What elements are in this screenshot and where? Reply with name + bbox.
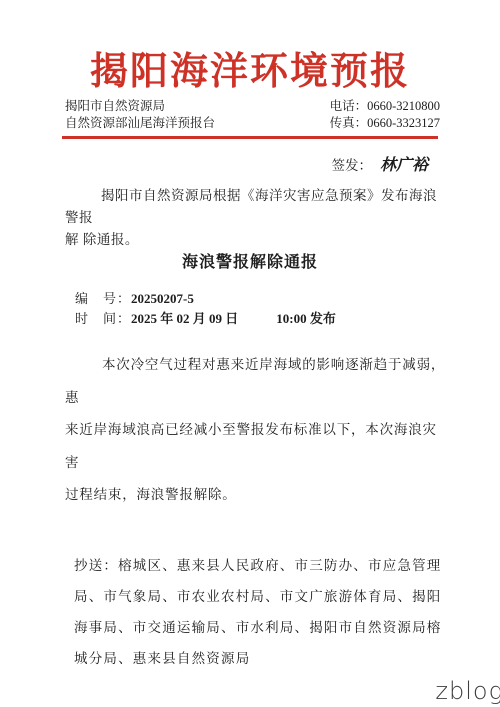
signoff-label: 签发： <box>331 158 372 173</box>
page-title: 揭阳海洋环境预报 <box>0 48 500 94</box>
intro-paragraph: 揭阳市自然资源局根据《海洋灾害应急预案》发布海浪警报 解 除通报。 <box>65 185 444 251</box>
org-line-1: 揭阳市自然资源局 <box>65 98 215 115</box>
notice-number-label: 编 号： <box>75 291 131 306</box>
contact-block: 电话：0660-3210800 传真：0660-3323127 <box>330 98 440 132</box>
watermark: zblog <box>435 677 500 705</box>
body-line: 本次冷空气过程对惠来近岸海域的影响逐渐趋于减弱，惠 <box>65 349 448 414</box>
header-info: 揭阳市自然资源局 自然资源部汕尾海洋预报台 电话：0660-3210800 传真… <box>65 98 440 132</box>
signoff-signature: 林广裕 <box>380 155 428 174</box>
header-divider <box>62 136 438 139</box>
signoff-line: 签发：林广裕 <box>331 152 428 175</box>
org-line-2: 自然资源部汕尾海洋预报台 <box>65 115 215 132</box>
notice-time-label: 时 间： <box>75 311 131 326</box>
notice-number-value: 20250207-5 <box>131 291 194 306</box>
intro-line: 揭阳市自然资源局根据《海洋灾害应急预案》发布海浪警报 <box>65 185 444 229</box>
notice-meta: 编 号：20250207-5 时 间：2025 年 02 月 09 日10:00… <box>75 289 336 329</box>
phone-number: 0660-3210800 <box>367 99 440 113</box>
org-block: 揭阳市自然资源局 自然资源部汕尾海洋预报台 <box>65 98 215 132</box>
cc-line: 抄送：榕城区、惠来县人民政府、市三防办、市应急管理 <box>74 550 450 581</box>
notice-time-clock: 10:00 发布 <box>276 311 336 326</box>
phone-line: 电话：0660-3210800 <box>330 98 440 115</box>
cc-line: 局、市气象局、市农业农村局、市文广旅游体育局、揭阳 <box>74 581 450 612</box>
body-line: 过程结束，海浪警报解除。 <box>65 479 448 512</box>
notice-heading: 海浪警报解除通报 <box>0 249 500 272</box>
fax-label: 传真： <box>330 116 368 130</box>
fax-line: 传真：0660-3323127 <box>330 115 440 132</box>
phone-label: 电话： <box>330 99 368 113</box>
notice-time-date: 2025 年 02 月 09 日 <box>131 311 238 326</box>
body-line: 来近岸海域浪高已经减小至警报发布标准以下，本次海浪灾害 <box>65 414 448 479</box>
document-page: 揭阳海洋环境预报 揭阳市自然资源局 自然资源部汕尾海洋预报台 电话：0660-3… <box>0 0 500 707</box>
notice-number-row: 编 号：20250207-5 <box>75 289 336 309</box>
cc-block: 抄送：榕城区、惠来县人民政府、市三防办、市应急管理 局、市气象局、市农业农村局、… <box>74 550 450 674</box>
cc-line: 城分局、惠来县自然资源局 <box>74 643 450 674</box>
fax-number: 0660-3323127 <box>367 116 440 130</box>
notice-body: 本次冷空气过程对惠来近岸海域的影响逐渐趋于减弱，惠 来近岸海域浪高已经减小至警报… <box>65 349 448 512</box>
cc-line: 海事局、市交通运输局、市水利局、揭阳市自然资源局榕 <box>74 612 450 643</box>
intro-line: 解 除通报。 <box>65 229 444 251</box>
notice-time-row: 时 间：2025 年 02 月 09 日10:00 发布 <box>75 309 336 329</box>
